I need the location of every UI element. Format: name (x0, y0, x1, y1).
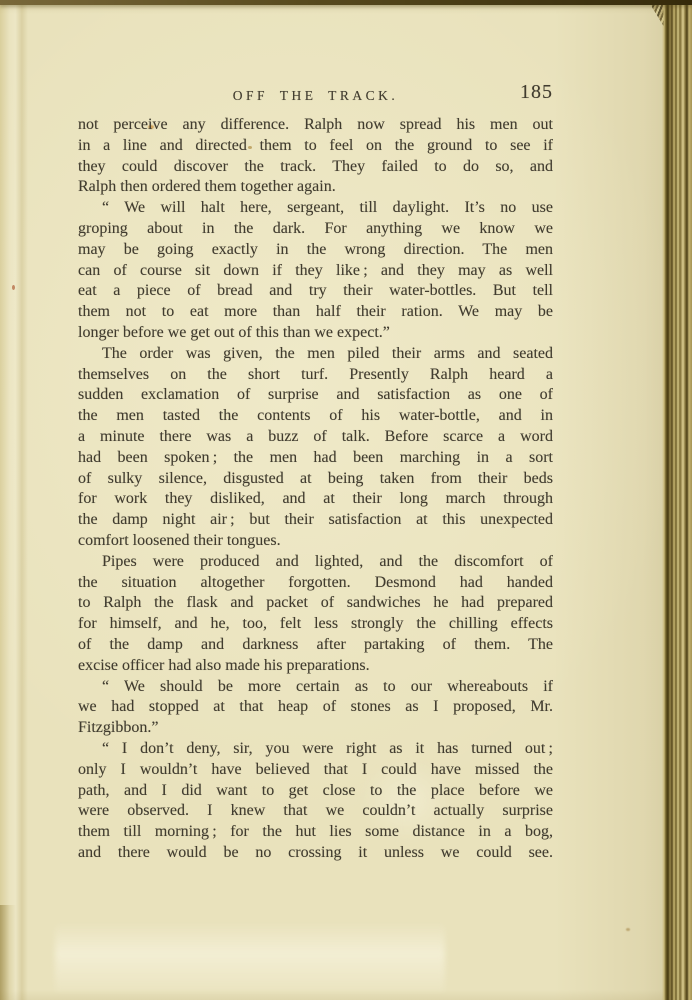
text-line: for himself, and he, too, felt less stro… (78, 614, 553, 635)
book-fore-edge-pages (662, 0, 692, 1000)
text-line: of the damp and darkness after partaking… (78, 635, 553, 656)
text-line: excise officer had also made his prepara… (78, 656, 553, 677)
text-line: themselves on the short turf. Presently … (78, 365, 553, 386)
text-line: can of course sit down if they like ; an… (78, 261, 553, 282)
text-line: the damp night air ; but their satisfact… (78, 510, 553, 531)
text-line: in a line and directed them to feel on t… (78, 136, 553, 157)
bottom-left-page-edge (0, 905, 16, 1000)
text-line: not perceive any difference. Ralph now s… (78, 115, 553, 136)
text-line: were observed. I knew that we couldn’t a… (78, 801, 553, 822)
text-line: eat a piece of bread and try their water… (78, 281, 553, 302)
text-line: Pipes were produced and lighted, and the… (78, 552, 553, 573)
text-line: the situation altogether forgotten. Desm… (78, 573, 553, 594)
text-line: them till morning ; for the hut lies som… (78, 822, 553, 843)
text-line: we had stopped at that heap of stones as… (78, 697, 553, 718)
text-line: comfort loosened their tongues. (78, 531, 553, 552)
text-line: may be going exactly in the wrong direct… (78, 240, 553, 261)
text-line: longer before we get out of this than we… (78, 323, 553, 344)
page-number: 185 (520, 81, 553, 104)
running-head: OFF THE TRACK. 185 (78, 82, 553, 108)
text-line: of sulky silence, disgusted at being tak… (78, 469, 553, 490)
paper-sheen-bottom (55, 922, 445, 992)
body-text: not perceive any difference. Ralph now s… (78, 115, 553, 864)
book-page-scan: OFF THE TRACK. 185 not perceive any diff… (0, 0, 692, 1000)
text-line: only I wouldn’t have believed that I cou… (78, 760, 553, 781)
text-line: for work they disliked, and at their lon… (78, 489, 553, 510)
text-line: they could discover the track. They fail… (78, 157, 553, 178)
text-line: the men tasted the contents of his water… (78, 406, 553, 427)
paper-speck (12, 285, 15, 290)
text-line: “ I don’t deny, sir, you were right as i… (78, 739, 553, 760)
text-line: The order was given, the men piled their… (78, 344, 553, 365)
text-line: groping about in the dark. For anything … (78, 219, 553, 240)
text-line: Fitzgibbon.” (78, 718, 553, 739)
text-line: “ We will halt here, sergeant, till dayl… (78, 198, 553, 219)
text-line: sudden exclamation of surprise and satis… (78, 385, 553, 406)
text-line: path, and I did want to get close to the… (78, 781, 553, 802)
page-top-edge (0, 0, 692, 5)
page-left-gutter-shading (0, 0, 28, 1000)
running-title: OFF THE TRACK. (78, 88, 553, 104)
text-line: and there would be no crossing it unless… (78, 843, 553, 864)
text-line: to Ralph the flask and packet of sandwic… (78, 593, 553, 614)
text-line: a minute there was a buzz of talk. Befor… (78, 427, 553, 448)
text-line: Ralph then ordered them together again. (78, 177, 553, 198)
text-line: “ We should be more certain as to our wh… (78, 677, 553, 698)
text-line: had been spoken ; the men had been march… (78, 448, 553, 469)
paper-speck (626, 928, 630, 931)
text-line: them not to eat more than half their rat… (78, 302, 553, 323)
